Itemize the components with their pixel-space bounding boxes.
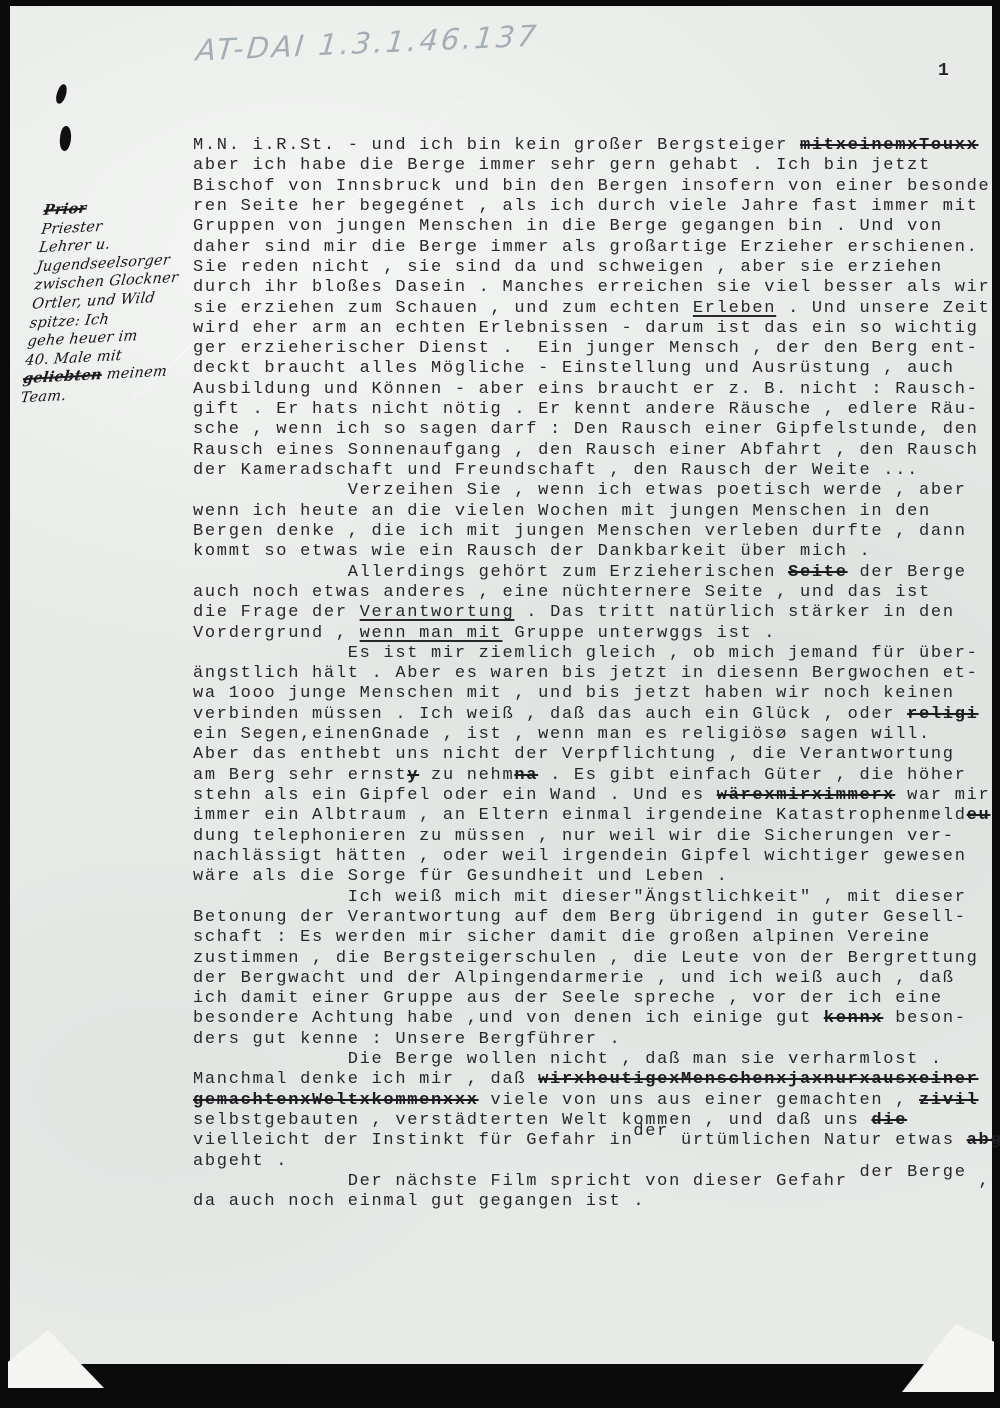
typescript-line: ders gut kenne : Unsere Bergführer .: [193, 1030, 1000, 1050]
typescript-line: kommt so etwas wie ein Rausch der Dankba…: [193, 542, 1000, 562]
typescript-line: ein Segen,einenGnade , ist , wenn man es…: [193, 725, 1000, 745]
typescript-line: wird eher arm an echten Erlebnissen - da…: [193, 319, 1000, 339]
typescript-line: der Kameradschaft und Freundschaft , den…: [193, 461, 1000, 481]
typescript-line: der Bergwacht und der Alpingendarmerie ,…: [193, 969, 1000, 989]
typescript-line: Allerdings gehört zum Erzieherischen Sei…: [193, 563, 1000, 583]
typescript-line: die Frage der Verantwortung . Das tritt …: [193, 603, 1000, 623]
typescript-line: wenn ich heute an die vielen Wochen mit …: [193, 502, 1000, 522]
typescript-line: aber ich habe die Berge immer sehr gern …: [193, 156, 1000, 176]
archive-reference-pencil-note: AT-DAI 1.3.1.46.137: [195, 18, 541, 67]
typescript-line: Die Berge wollen nicht , daß man sie ver…: [193, 1050, 1000, 1070]
typescript-line: da auch noch einmal gut gegangen ist .: [193, 1192, 1000, 1212]
typescript-line: ren Seite her begegénet , als ich durch …: [193, 197, 1000, 217]
typescript-line: Bergen denke , die ich mit jungen Mensch…: [193, 522, 1000, 542]
typescript-line: Verzeihen Sie , wenn ich etwas poetisch …: [193, 481, 1000, 501]
typescript-line: Der nächste Film spricht von dieser Gefa…: [193, 1172, 1000, 1192]
typescript-lines: M.N. i.R.St. - und ich bin kein großer B…: [193, 136, 1000, 1213]
typescript-line: Betonung der Verantwortung auf dem Berg …: [193, 908, 1000, 928]
typescript-line: Gruppen von jungen Menschen in die Berge…: [193, 217, 1000, 237]
typescript-line: stehn als ein Gipfel oder ein Wand . Und…: [193, 786, 1000, 806]
typescript-line: durch ihr bloßes Dasein . Manches erreic…: [193, 278, 1000, 298]
typescript-line: vielleicht der Instinkt für Gefahr inder…: [193, 1131, 1000, 1151]
typescript-line: Rausch eines Sonnenaufgang , den Rausch …: [193, 441, 1000, 461]
typescript-line: dung telephonieren zu müssen , nur weil …: [193, 827, 1000, 847]
typescript-line: schaft : Es werden mir sicher damit die …: [193, 928, 1000, 948]
typescript-line: besondere Achtung habe ,und von denen ic…: [193, 1009, 1000, 1029]
typescript-line: daher sind mir die Berge immer als großa…: [193, 238, 1000, 258]
typescript-line: Bischof von Innsbruck und bin den Bergen…: [193, 177, 1000, 197]
typescript-line: gemachtenxWeltxkommenxxx viele von uns a…: [193, 1091, 1000, 1111]
typescript-line: auch noch etwas anderes , eine nüchterne…: [193, 583, 1000, 603]
typescript-line: Sie reden nicht , sie sind da und schwei…: [193, 258, 1000, 278]
page-number: 1: [938, 61, 951, 81]
handwritten-margin-note: PriorPriesterLehrer u.Jugendseelsorgerzw…: [19, 193, 219, 408]
typescript-line: wäre als die Sorge für Gesundheit und Le…: [193, 867, 1000, 887]
typescript-line: sche , wenn ich so sagen darf : Den Raus…: [193, 420, 1000, 440]
ink-mark: [54, 83, 69, 105]
scanned-document-page: { "colors":{"scan_background":"#0b0b0b",…: [0, 0, 1000, 1408]
typescript-line: Ich weiß mich mit dieser"Ängstlichkeit" …: [193, 888, 1000, 908]
typescript-line: sie erziehen zum Schauen , und zum echte…: [193, 299, 1000, 319]
typescript-line: Es ist mir ziemlich gleich , ob mich jem…: [193, 644, 1000, 664]
typescript-line: immer ein Albtraum , an Eltern einmal ir…: [193, 806, 1000, 826]
typescript-line: Aber das enthebt uns nicht der Verpflich…: [193, 745, 1000, 765]
typescript-line: zustimmen , die Bergsteigerschulen , die…: [193, 949, 1000, 969]
typescript-line: ängstlich hält . Aber es waren bis jetzt…: [193, 664, 1000, 684]
typescript-line: selbstgebauten , verstädterten Welt komm…: [193, 1111, 1000, 1131]
typescript-line: Manchmal denke ich mir , daß wirxheutige…: [193, 1070, 1000, 1090]
typescript-line: nachlässigt hätten , oder weil irgendein…: [193, 847, 1000, 867]
typescript-line: M.N. i.R.St. - und ich bin kein großer B…: [193, 136, 1000, 156]
typescript-line: Ausbildung und Können - aber eins brauch…: [193, 380, 1000, 400]
typescript-line: deckt braucht alles Mögliche - Einstellu…: [193, 359, 1000, 379]
typescript-line: verbinden müssen . Ich weiß , daß das au…: [193, 705, 1000, 725]
typescript-line: Vordergrund , wenn man mit Gruppe unterw…: [193, 624, 1000, 644]
typescript-line: ger erzieherischer Dienst . Ein junger M…: [193, 339, 1000, 359]
paper-sheet: AT-DAI 1.3.1.46.137 1 PriorPriesterLehre…: [10, 6, 992, 1364]
typescript-line: am Berg sehr ernsty zu nehmna . Es gibt …: [193, 766, 1000, 786]
typescript-line: gift . Er hats nicht nötig . Er kennt an…: [193, 400, 1000, 420]
typescript-line: wa 1ooo junge Menschen mit , und bis jet…: [193, 684, 1000, 704]
ink-mark: [59, 125, 73, 151]
typescript-line: ich damit einer Gruppe aus der Seele spr…: [193, 989, 1000, 1009]
